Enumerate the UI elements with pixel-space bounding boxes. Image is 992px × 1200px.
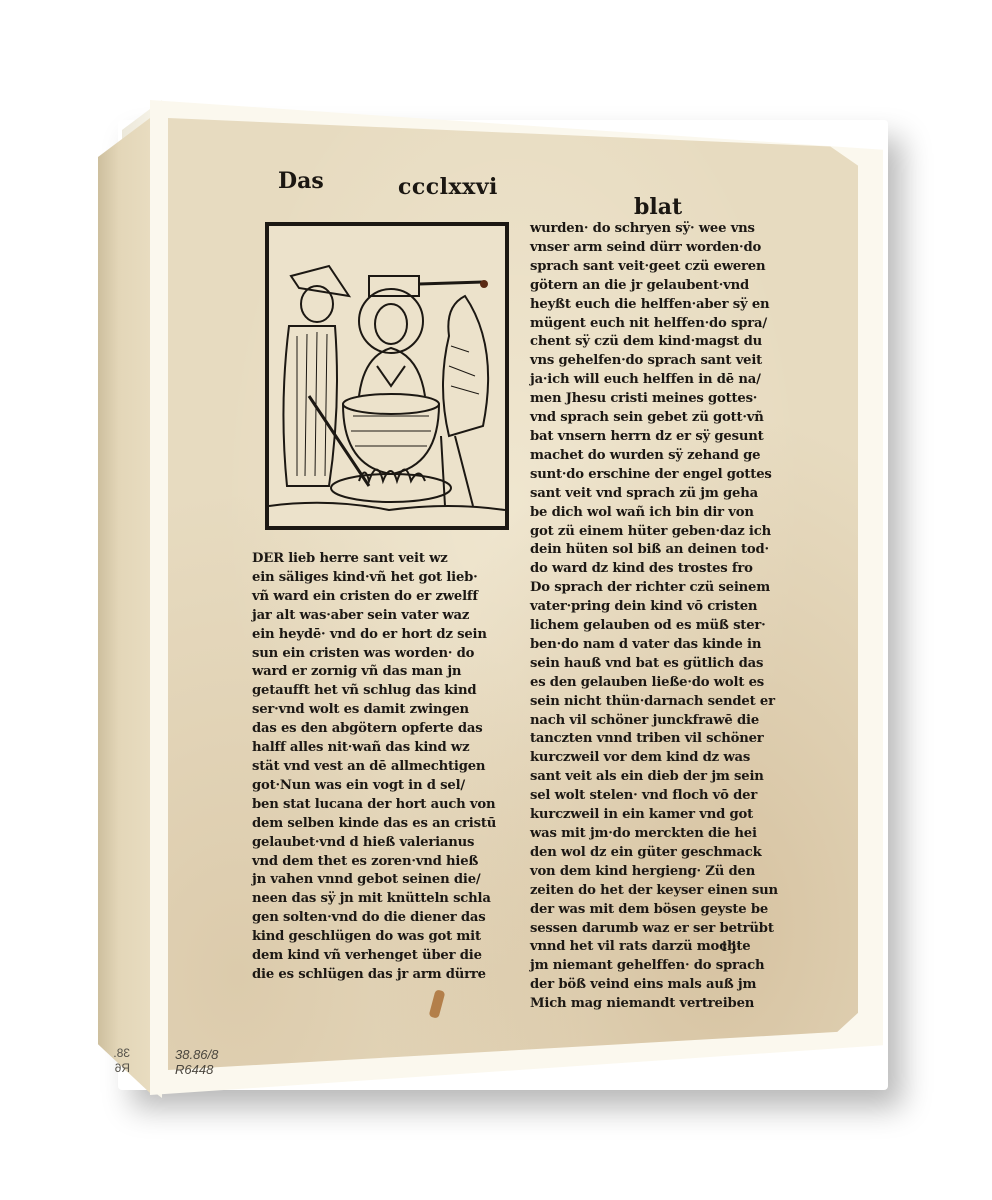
text-line: kurczweil in ein kamer vnd got bbox=[530, 806, 775, 825]
text-line: machet do wurden sÿ zehand ge bbox=[530, 447, 775, 466]
woodcut-illustration bbox=[265, 222, 509, 530]
text-line: do ward dz kind des trostes fro bbox=[530, 560, 775, 579]
text-line: jn vahen vnnd gebot seinen die/ bbox=[252, 871, 520, 890]
text-line: was mit jm·do merckten die hei bbox=[530, 825, 775, 844]
text-line: vnd dem thet es zoren·vnd hieß bbox=[252, 853, 520, 872]
side-label-line: R6 bbox=[100, 1061, 130, 1076]
text-line: dem kind vñ verhenget über die bbox=[252, 947, 520, 966]
text-line: neen das sÿ jn mit knütteln schla bbox=[252, 890, 520, 909]
text-line: sant veit als ein dieb der jm sein bbox=[530, 768, 775, 787]
text-line: getaufft het vñ schlug das kind bbox=[252, 682, 520, 701]
text-line: mügent euch nit helffen·do spra/ bbox=[530, 315, 775, 334]
text-line: halff alles nit·wañ das kind wz bbox=[252, 739, 520, 758]
text-line: sessen darumb waz er ser betrübt bbox=[530, 920, 775, 939]
text-line: sein nicht thün·darnach sendet er bbox=[530, 693, 775, 712]
text-line: DER lieb herre sant veit wz bbox=[252, 550, 520, 569]
text-line: ward er zornig vñ das man jn bbox=[252, 663, 520, 682]
text-line: stät vnd vest an dē allmechtigen bbox=[252, 758, 520, 777]
text-line: jm niemant gehelffen· do sprach bbox=[530, 957, 775, 976]
accession-number: 38.86/8 bbox=[175, 1047, 218, 1062]
text-line: heyßt euch die helffen·aber sÿ en bbox=[530, 296, 775, 315]
text-line: ein heydē· vnd do er hort dz sein bbox=[252, 626, 520, 645]
text-line: vater·pring dein kind vō cristen bbox=[530, 598, 775, 617]
text-line: sel wolt stelen· vnd floch vō der bbox=[530, 787, 775, 806]
text-line: vñ ward ein cristen do er zwelff bbox=[252, 588, 520, 607]
text-line: chent sÿ czü dem kind·magst du bbox=[530, 333, 775, 352]
text-line: be dich wol wañ ich bin dir von bbox=[530, 504, 775, 523]
text-line: tanczten vnnd triben vil schöner bbox=[530, 730, 775, 749]
text-line: es den gelauben ließe·do wolt es bbox=[530, 674, 775, 693]
pencil-inscription: 38.86/8 R6448 bbox=[175, 1047, 218, 1077]
catalog-number: R6448 bbox=[175, 1062, 218, 1077]
text-line: dein hüten sol biß an deinen tod· bbox=[530, 541, 775, 560]
text-line: wurden· do schryen sÿ· wee vns bbox=[530, 220, 775, 239]
text-line: lichem gelauben od es müß ster· bbox=[530, 617, 775, 636]
folio-number: ccclxxvi bbox=[398, 174, 498, 200]
text-line: Do sprach der richter czü seinem bbox=[530, 579, 775, 598]
text-line: sunt·do erschine der engel gottes bbox=[530, 466, 775, 485]
text-line: vnser arm seind dürr worden·do bbox=[530, 239, 775, 258]
side-wrap-label: 38. R6 bbox=[100, 1046, 130, 1076]
text-line: den wol dz ein güter geschmack bbox=[530, 844, 775, 863]
left-text-column: DER lieb herre sant veit wz ein säliges … bbox=[252, 550, 520, 985]
header-das: Das bbox=[278, 168, 324, 194]
text-line: got·Nun was ein vogt in d sel/ bbox=[252, 777, 520, 796]
signature-mark: i·j· bbox=[722, 940, 741, 955]
page-header: Das ccclxxvi blat bbox=[278, 168, 698, 218]
text-line: kurczweil vor dem kind dz was bbox=[530, 749, 775, 768]
text-line: gelaubet·vnd d hieß valerianus bbox=[252, 834, 520, 853]
text-line: nach vil schöner junckfrawē die bbox=[530, 712, 775, 731]
text-line: götern an die jr gelaubent·vnd bbox=[530, 277, 775, 296]
header-blat: blat bbox=[634, 194, 682, 220]
text-line: vnd sprach sein gebet zü gott·vñ bbox=[530, 409, 775, 428]
text-line: gen solten·vnd do die diener das bbox=[252, 909, 520, 928]
text-line: got zü einem hüter geben·daz ich bbox=[530, 523, 775, 542]
text-line: der böß veind eins mals auß jm bbox=[530, 976, 775, 995]
text-line: sun ein cristen was worden· do bbox=[252, 645, 520, 664]
text-line: jar alt was·aber sein vater waz bbox=[252, 607, 520, 626]
side-label-line: 38. bbox=[100, 1046, 130, 1061]
text-line: vns gehelfen·do sprach sant veit bbox=[530, 352, 775, 371]
canvas-side-edge bbox=[98, 118, 150, 1093]
text-line: die es schlügen das jr arm dürre bbox=[252, 966, 520, 985]
text-line: ja·ich will euch helffen in dē na/ bbox=[530, 371, 775, 390]
text-line: zeiten do het der keyser einen sun bbox=[530, 882, 775, 901]
text-line: dem selben kinde das es an cristū bbox=[252, 815, 520, 834]
text-line: von dem kind hergieng· Zü den bbox=[530, 863, 775, 882]
text-line: kind geschlügen do was got mit bbox=[252, 928, 520, 947]
text-line: das es den abgötern opferte das bbox=[252, 720, 520, 739]
text-line: ein säliges kind·vñ het got lieb· bbox=[252, 569, 520, 588]
saint-vitus-cauldron-woodcut bbox=[269, 226, 505, 526]
right-text-column: wurden· do schryen sÿ· wee vns vnser arm… bbox=[530, 220, 775, 1014]
text-line: der was mit dem bösen geyste be bbox=[530, 901, 775, 920]
text-line: ser·vnd wolt es damit zwingen bbox=[252, 701, 520, 720]
text-line: sant veit vnd sprach zü jm geha bbox=[530, 485, 775, 504]
text-line: men Jhesu cristi meines gottes· bbox=[530, 390, 775, 409]
text-line: sein hauß vnd bat es gütlich das bbox=[530, 655, 775, 674]
text-line: ben·do nam d vater das kinde in bbox=[530, 636, 775, 655]
text-line: bat vnsern herrn dz er sÿ gesunt bbox=[530, 428, 775, 447]
text-line: Mich mag niemandt vertreiben bbox=[530, 995, 775, 1014]
text-line: sprach sant veit·geet czü eweren bbox=[530, 258, 775, 277]
text-line: ben stat lucana der hort auch von bbox=[252, 796, 520, 815]
